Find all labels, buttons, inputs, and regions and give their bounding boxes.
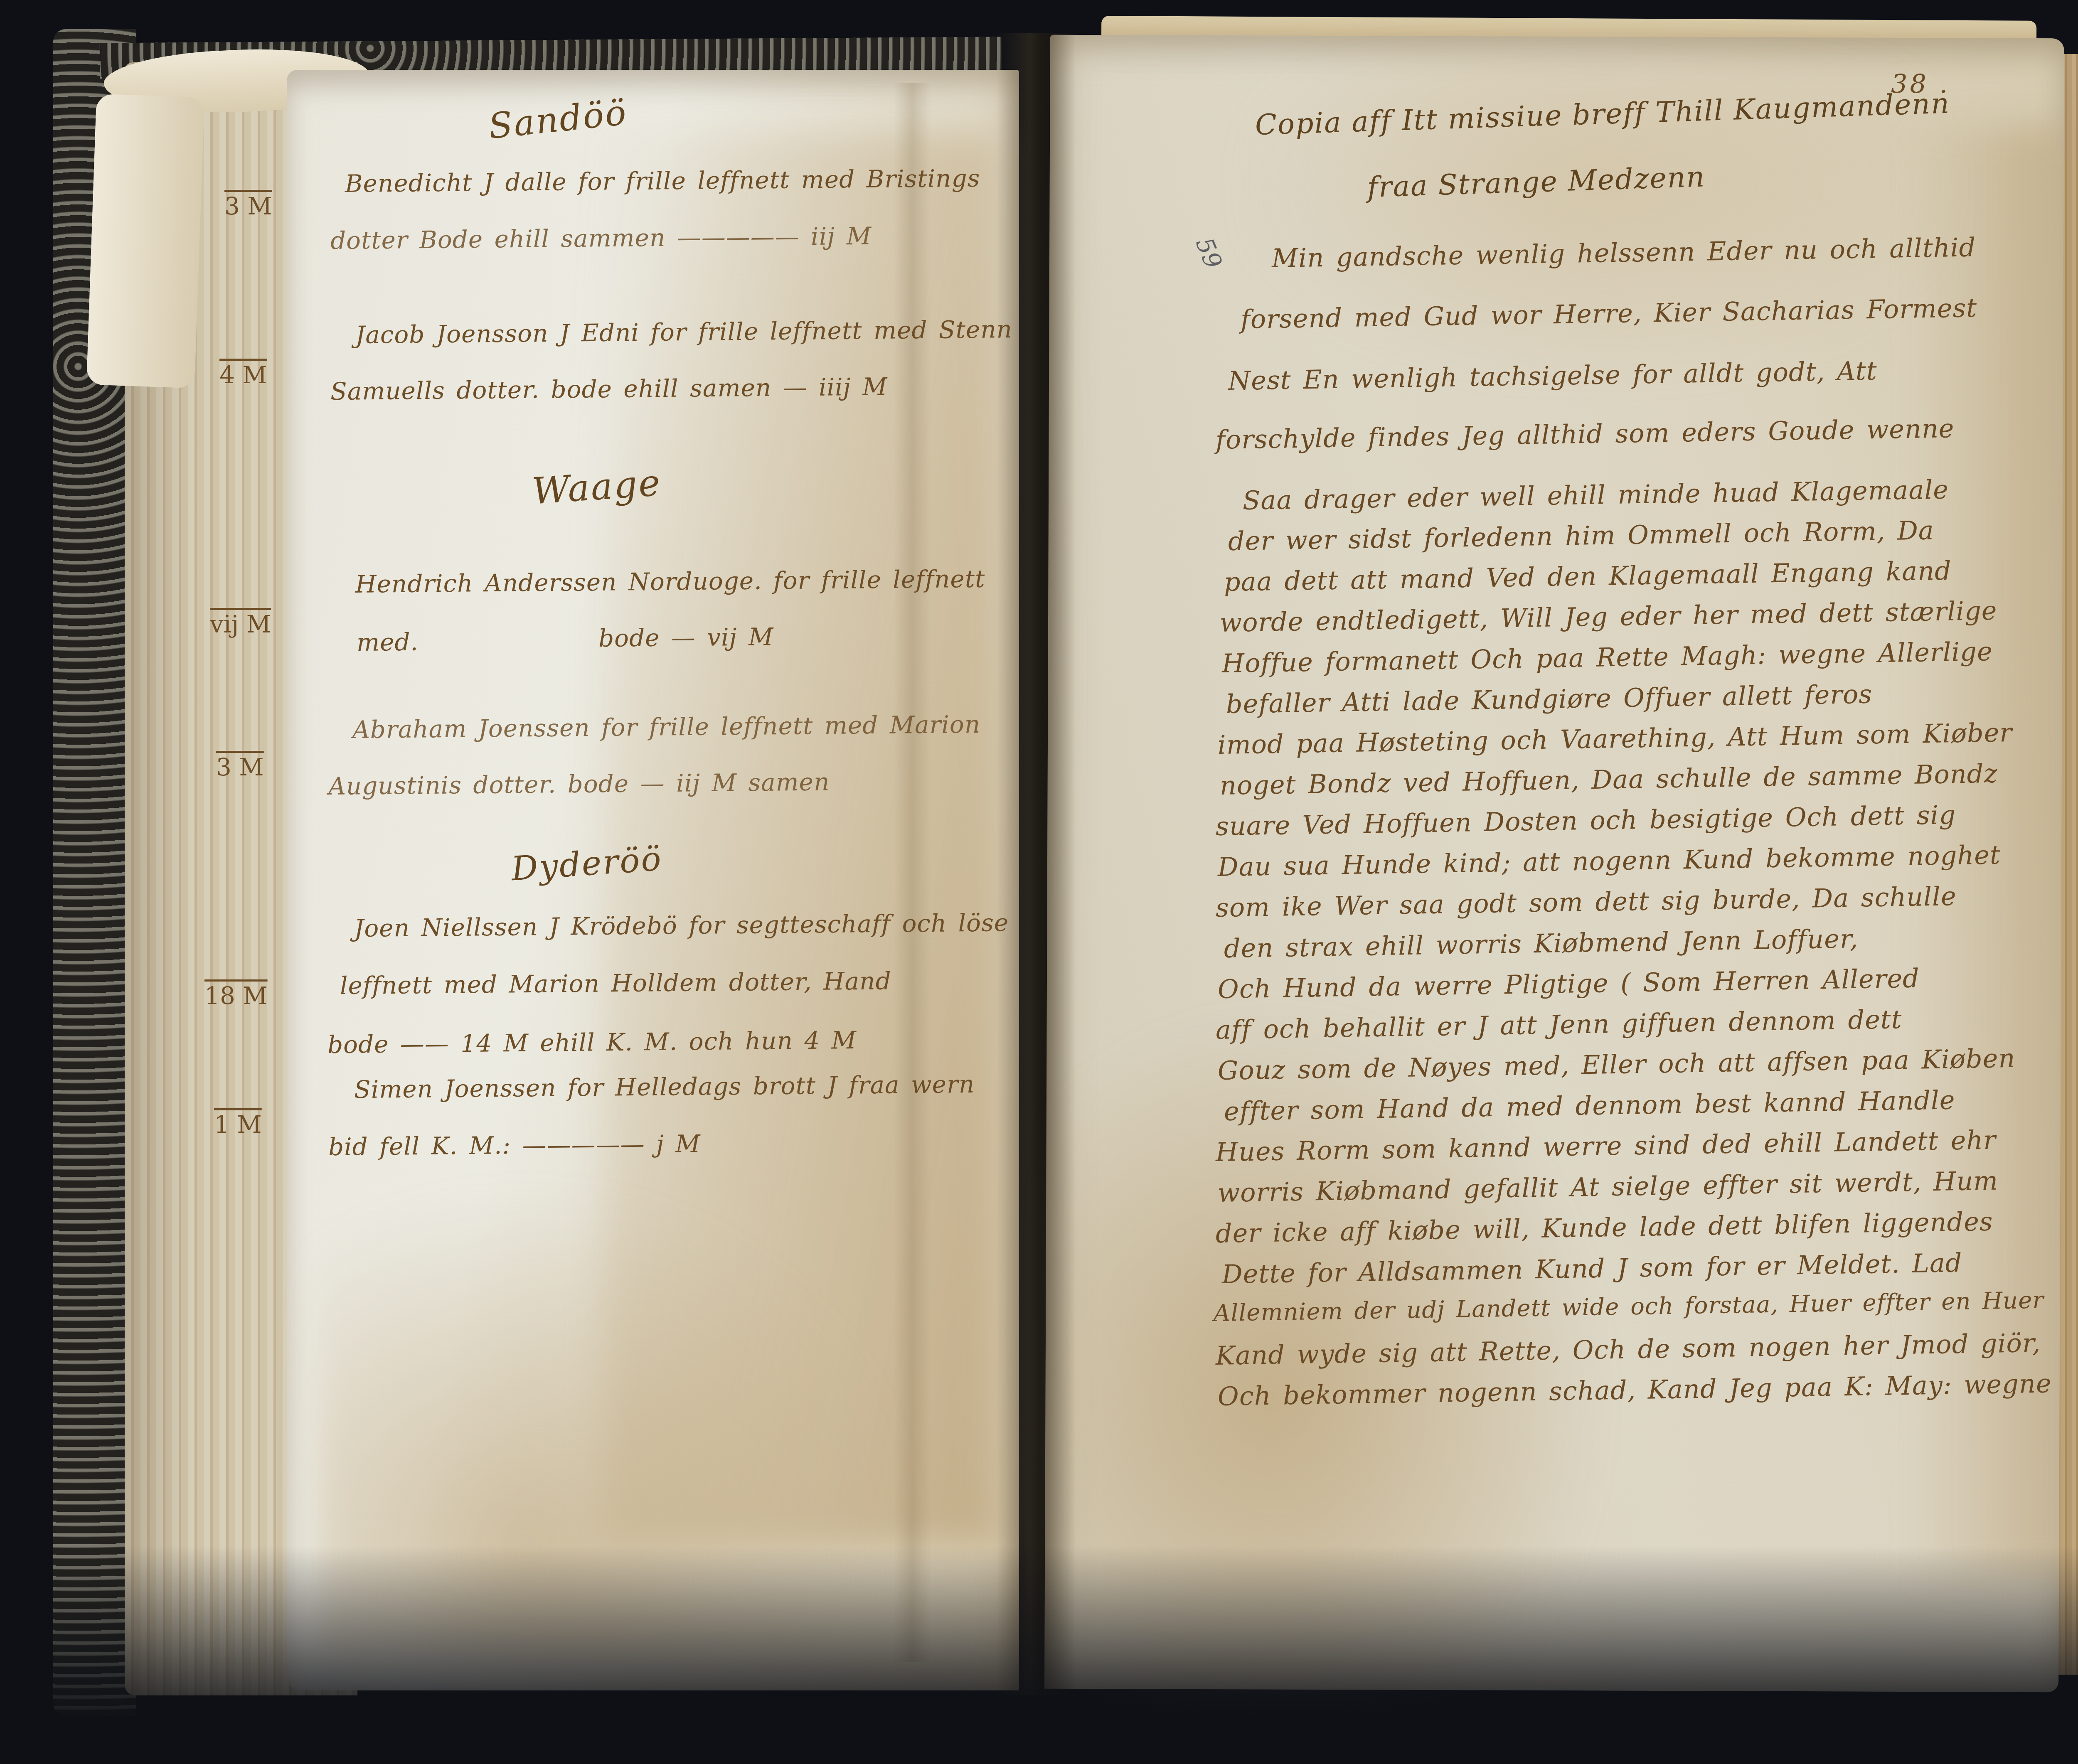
entry-line: bid fell K. M.: ————— j M xyxy=(328,1129,701,1161)
entry-line: Benedicht J dalle for frille leffnett me… xyxy=(345,164,980,198)
entry-line: Samuells dotter. bode ehill samen — iiij… xyxy=(330,372,888,406)
entry-line: Hendrich Anderssen Norduoge. for frille … xyxy=(355,565,985,598)
section-heading-waage: Waage xyxy=(531,461,663,512)
entry-line: leffnett med Marion Holldem dotter, Hand xyxy=(340,967,891,1000)
open-manuscript-book: Sandöö 3 M Benedicht J dalle for frille … xyxy=(0,0,2078,1764)
margin-amount: 1 M xyxy=(214,1110,262,1139)
page-gutter-shadow xyxy=(997,33,1076,1695)
margin-amount: 4 M xyxy=(219,361,267,389)
margin-amount: vij M xyxy=(210,610,271,638)
torn-page-corner xyxy=(86,94,204,389)
bottom-shadow xyxy=(0,1546,2078,1764)
margin-amount: 18 M xyxy=(204,982,268,1010)
entry-line: med. xyxy=(357,628,419,657)
entry-line: Joen Niellssen J Krödebö for segtteschaf… xyxy=(354,908,1009,942)
entry-line: Augustinis dotter. bode — iij M samen xyxy=(328,768,830,800)
entry-line: Jacob Joensson J Edni for frille leffnet… xyxy=(355,315,1013,349)
margin-amount: 3 M xyxy=(224,192,272,220)
margin-amount: 3 M xyxy=(216,753,264,781)
entry-line: Abraham Joenssen for frille leffnett med… xyxy=(352,710,981,744)
entry-line: bode — vij M xyxy=(598,622,774,652)
entry-line: Simen Joenssen for Helledags brott J fra… xyxy=(354,1070,975,1104)
entry-line: bode —— 14 M ehill K. M. och hun 4 M xyxy=(327,1026,857,1059)
entry-line: dotter Bode ehill sammen ————— iij M xyxy=(330,222,872,255)
